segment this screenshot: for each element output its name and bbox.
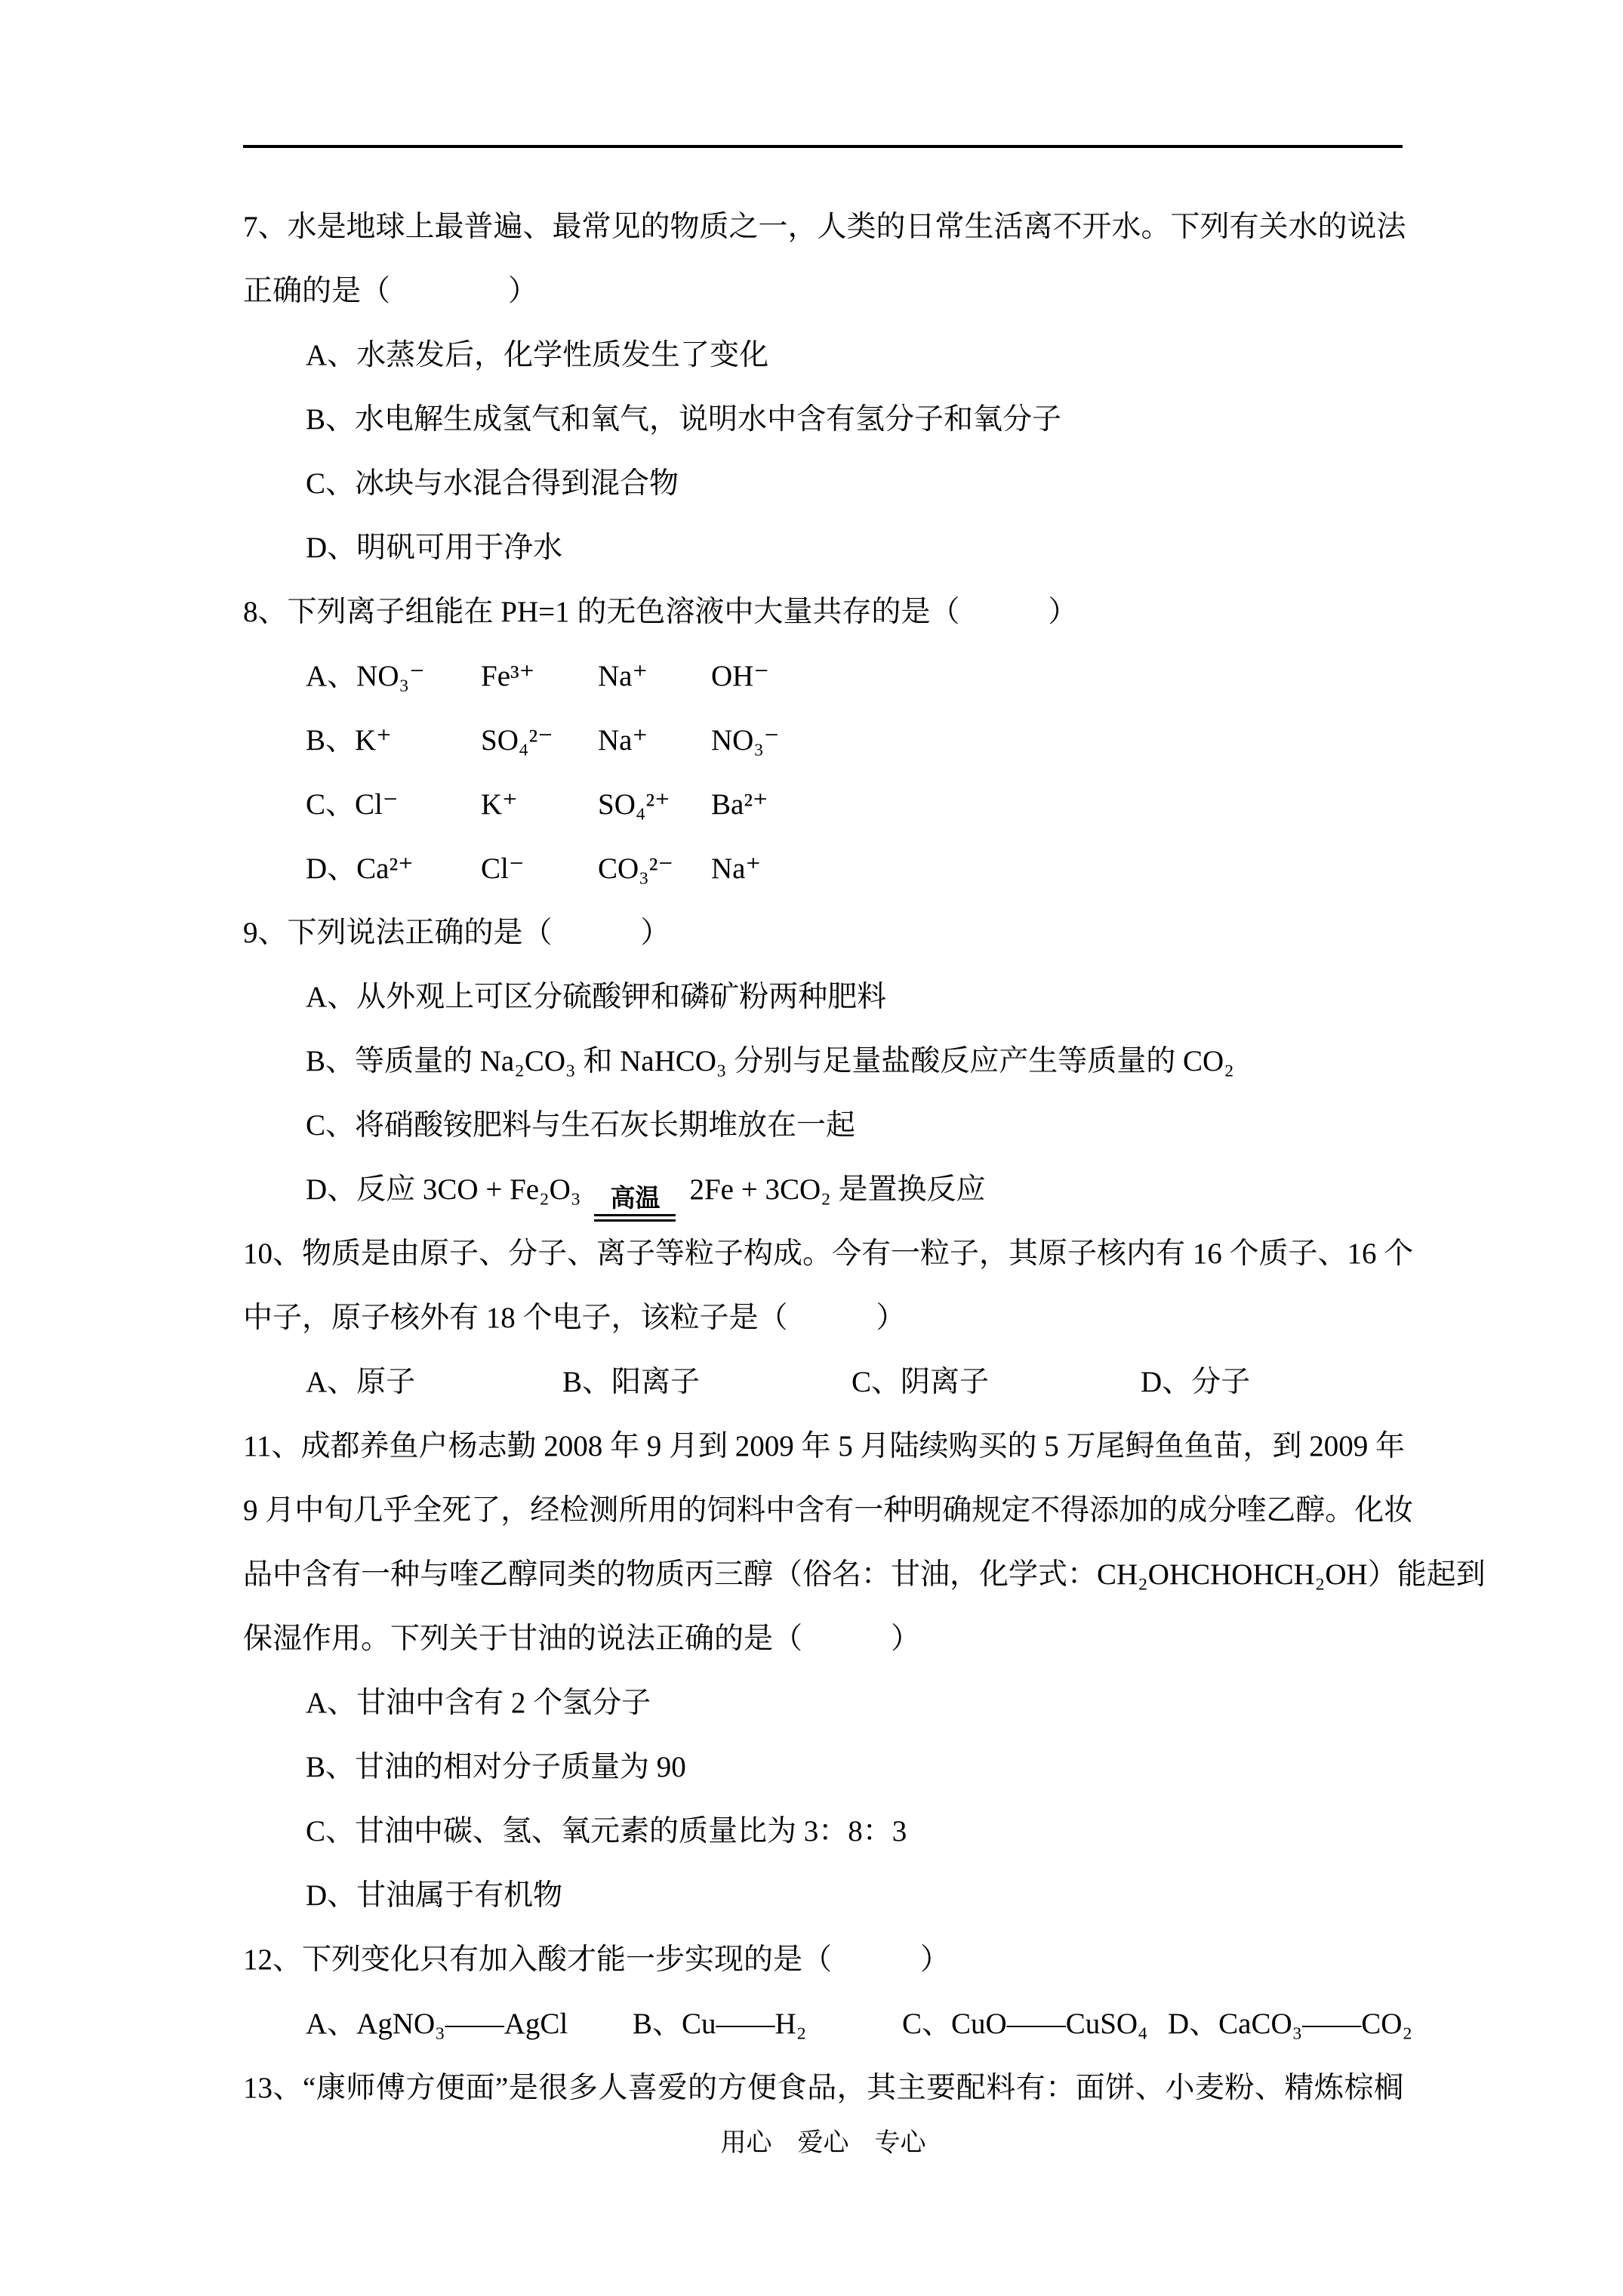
reaction-condition-text: 高温 (594, 1185, 676, 1213)
q9-stem: 9、下列说法正确的是（ ） (243, 901, 1403, 965)
q8-row-a-cell-1: A、NO₃⁻ (306, 644, 425, 708)
q9-option-a: A、从外观上可区分硫酸钾和磷矿粉两种肥料 (243, 965, 1403, 1029)
q9-option-d-suffix: 2Fe + 3CO₂ 是置换反应 (689, 1173, 985, 1206)
q10-options-row: A、原子 B、阳离子 C、阴离子 D、分子 (243, 1350, 1403, 1414)
q8-row-a-cell-4: OH⁻ (711, 644, 769, 708)
q12-option-a: A、AgNO₃——AgCl (306, 1992, 568, 2056)
q9-option-b: B、等质量的 Na₂CO₃ 和 NaHCO₃ 分别与足量盐酸反应产生等质量的 C… (243, 1029, 1403, 1093)
q8-row-b-cell-3: Na⁺ (598, 708, 648, 772)
q10-option-c: C、阴离子 (852, 1350, 989, 1414)
q8-ion-row-d: D、Ca²⁺ Cl⁻ CO₃²⁻ Na⁺ (243, 837, 1403, 901)
q7-option-a: A、水蒸发后，化学性质发生了变化 (243, 323, 1403, 387)
q11-option-a: A、甘油中含有 2 个氢分子 (243, 1671, 1403, 1735)
q8-ion-row-a: A、NO₃⁻ Fe³⁺ Na⁺ OH⁻ (243, 644, 1403, 708)
reaction-equals-line (594, 1214, 676, 1222)
q8-row-c-cell-2: K⁺ (481, 772, 518, 837)
q10-stem-line-2: 中子，原子核外有 18 个电子，该粒子是（ ） (243, 1286, 1403, 1350)
q11-option-d: D、甘油属于有机物 (243, 1863, 1403, 1928)
q7-option-c: C、冰块与水混合得到混合物 (243, 451, 1403, 516)
q7-stem-line-2: 正确的是（ ） (243, 259, 1403, 323)
q8-ion-row-b: B、K⁺ SO₄²⁻ Na⁺ NO₃⁻ (243, 708, 1403, 772)
q12-options-row: A、AgNO₃——AgCl B、Cu——H₂ C、CuO——CuSO₄ D、Ca… (243, 1992, 1403, 2056)
q11-stem-line-1: 11、成都养鱼户杨志勤 2008 年 9 月到 2009 年 5 月陆续购买的 … (243, 1414, 1403, 1478)
q10-option-a: A、原子 (306, 1350, 415, 1414)
q11-stem-line-3: 品中含有一种与喹乙醇同类的物质丙三醇（俗名：甘油，化学式：CH₂OHCHOHCH… (243, 1542, 1403, 1607)
q12-stem: 12、下列变化只有加入酸才能一步实现的是（ ） (243, 1928, 1403, 1992)
q7-option-d: D、明矾可用于净水 (243, 516, 1403, 580)
q12-option-d: D、CaCO₃——CO₂ (1168, 1992, 1412, 2056)
q11-stem-line-2: 9 月中旬几乎全死了，经检测所用的饲料中含有一种明确规定不得添加的成分喹乙醇。化… (243, 1478, 1403, 1542)
q10-stem-line-1: 10、物质是由原子、分子、离子等粒子构成。今有一粒子，其原子核内有 16 个质子… (243, 1222, 1403, 1286)
q8-row-d-cell-4: Na⁺ (711, 837, 761, 901)
q8-row-d-cell-2: Cl⁻ (481, 837, 524, 901)
q8-stem: 8、下列离子组能在 PH=1 的无色溶液中大量共存的是（ ） (243, 580, 1403, 644)
q8-row-c-cell-4: Ba²⁺ (711, 772, 768, 837)
q8-row-c-cell-1: C、Cl⁻ (306, 772, 398, 837)
q9-option-d-prefix: D、反应 3CO + Fe₂O₃ (306, 1173, 581, 1206)
q7-option-b: B、水电解生成氢气和氧气，说明水中含有氢分子和氧分子 (243, 387, 1403, 451)
q11-option-b: B、甘油的相对分子质量为 90 (243, 1735, 1403, 1799)
q7-stem-line-1: 7、水是地球上最普遍、最常见的物质之一，人类的日常生活离不开水。下列有关水的说法 (243, 195, 1403, 259)
q8-row-a-cell-2: Fe³⁺ (481, 644, 534, 708)
q11-option-c: C、甘油中碳、氢、氧元素的质量比为 3：8：3 (243, 1799, 1403, 1863)
page-footer: 用心 爱心 专心 (243, 2111, 1403, 2175)
header-rule (243, 145, 1403, 148)
q8-row-b-cell-1: B、K⁺ (306, 708, 392, 772)
exam-body: 7、水是地球上最普遍、最常见的物质之一，人类的日常生活离不开水。下列有关水的说法… (243, 195, 1403, 2120)
q10-option-d: D、分子 (1141, 1350, 1250, 1414)
q9-option-c: C、将硝酸铵肥料与生石灰长期堆放在一起 (243, 1093, 1403, 1157)
q10-option-b: B、阳离子 (562, 1350, 700, 1414)
exam-page: 7、水是地球上最普遍、最常见的物质之一，人类的日常生活离不开水。下列有关水的说法… (0, 0, 1623, 2296)
q8-row-d-cell-1: D、Ca²⁺ (306, 837, 414, 901)
q9-option-d: D、反应 3CO + Fe₂O₃高温2Fe + 3CO₂ 是置换反应 (243, 1157, 1403, 1222)
q8-ion-row-c: C、Cl⁻ K⁺ SO₄²⁺ Ba²⁺ (243, 772, 1403, 837)
q8-row-c-cell-3: SO₄²⁺ (598, 772, 670, 837)
q8-row-d-cell-3: CO₃²⁻ (598, 837, 673, 901)
q8-row-b-cell-4: NO₃⁻ (711, 708, 780, 772)
q12-option-b: B、Cu——H₂ (633, 1992, 806, 2056)
reaction-condition: 高温 (594, 1185, 676, 1222)
q12-option-c: C、CuO——CuSO₄ (902, 1992, 1148, 2056)
q8-row-a-cell-3: Na⁺ (598, 644, 648, 708)
q8-row-b-cell-2: SO₄²⁻ (481, 708, 553, 772)
q11-stem-line-4: 保湿作用。下列关于甘油的说法正确的是（ ） (243, 1607, 1403, 1671)
